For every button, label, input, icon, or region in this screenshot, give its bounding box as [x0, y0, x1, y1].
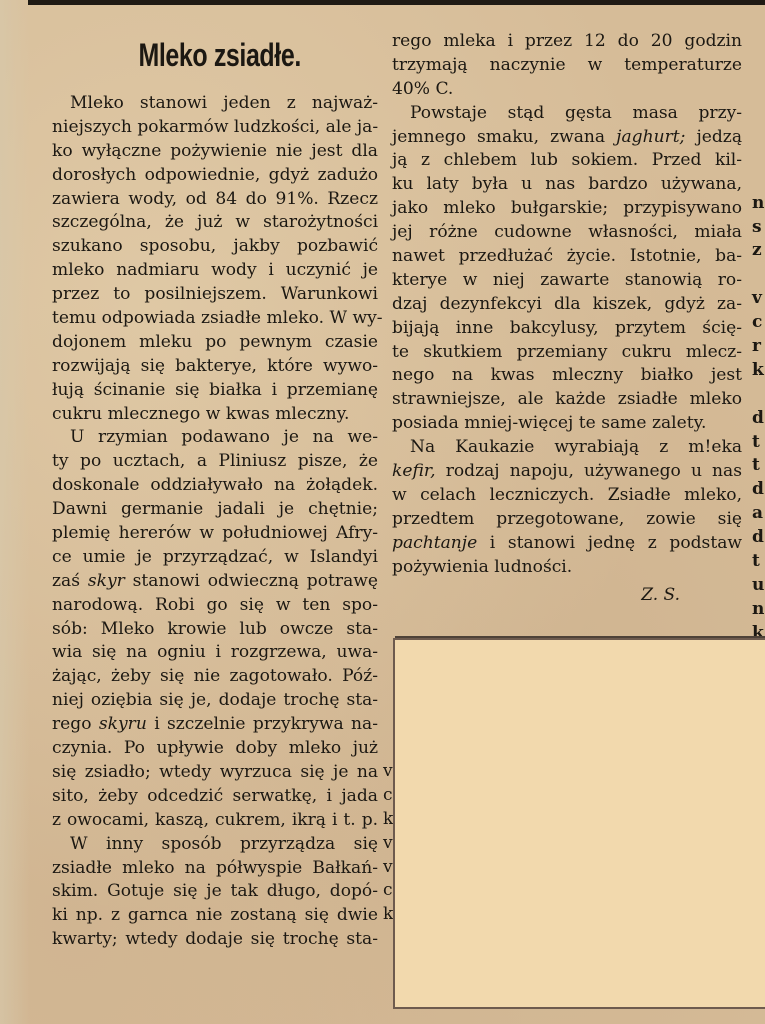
text-line: szczególna, że już w starożytności: [52, 211, 378, 235]
text-line: ko wyłączne pożywienie nie jest dla: [52, 140, 378, 164]
text-line: sito, żeby odcedzić serwatkę, i jada: [52, 785, 378, 809]
text-line: doskonale oddziaływało na żołądek.: [52, 474, 378, 498]
edge-glyph: n: [752, 598, 765, 622]
article-title: Mleko zsiadłe.: [88, 36, 342, 74]
text-line: nawet przedłużać życie. Istotnie, ba-: [392, 245, 742, 269]
edge-glyph: c: [383, 879, 393, 903]
text-line: temu odpowiada zsiadłe mleko. W wy-: [52, 307, 378, 331]
text-line: ku laty była u nas bardzo używana,: [392, 173, 742, 197]
edge-glyph: t: [752, 454, 765, 478]
text-line: zawiera wody, od 84 do 91%. Rzecz: [52, 188, 378, 212]
text-line: strawniejsze, ale każde zsiadłe mleko: [392, 388, 742, 412]
text-line: niejszych pokarmów ludzkości, ale ja-: [52, 116, 378, 140]
signature: Z. S.: [392, 585, 742, 605]
left-column-text: Mleko stanowi jeden z najważ-niejszych p…: [52, 92, 378, 952]
edge-glyph: v: [383, 832, 393, 856]
text-line: rego mleka i przez 12 do 20 godzin: [392, 30, 742, 54]
edge-glyph: [752, 168, 765, 192]
text-line: W inny sposób przyrządza się: [52, 833, 378, 857]
text-line: 40% C.: [392, 78, 742, 102]
edge-glyph: d: [752, 526, 765, 550]
text-line: z owocami, kaszą, cukrem, ikrą i t. p.: [52, 809, 378, 833]
text-line: kterye w niej zawarte stanowią ro-: [392, 269, 742, 293]
right-column-text: rego mleka i przez 12 do 20 godzintrzyma…: [392, 30, 742, 579]
edge-glyph: u: [752, 574, 765, 598]
text-line: dojonem mleku po pewnym czasie: [52, 331, 378, 355]
edge-glyph: a: [752, 502, 765, 526]
left-column: Mleko zsiadłe. Mleko stanowi jeden z naj…: [52, 36, 378, 952]
top-rule: [28, 0, 765, 5]
text-line: nego na kwas mleczny białko jest: [392, 364, 742, 388]
text-line: czynia. Po upływie doby mleko już: [52, 737, 378, 761]
text-line: dzaj dezynfekcyi dla kiszek, gdyż za-: [392, 293, 742, 317]
edge-glyph: z: [752, 239, 765, 263]
text-line: narodową. Robi go się w ten spo-: [52, 594, 378, 618]
text-line: dorosłych odpowiednie, gdyż zadużo: [52, 164, 378, 188]
text-line: te skutkiem przemiany cukru mlecz-: [392, 341, 742, 365]
text-line: przez to posilniejszem. Warunkowi: [52, 283, 378, 307]
text-line: się zsiadło; wtedy wyrzuca się je na: [52, 761, 378, 785]
text-line: trzymają naczynie w temperaturze: [392, 54, 742, 78]
edge-glyph: v: [383, 856, 393, 880]
text-line: zsiadłe mleko na półwyspie Bałkań-: [52, 857, 378, 881]
text-line: mleko nadmiaru wody i uczynić je: [52, 259, 378, 283]
text-line: posiada mniej-więcej te same zalety.: [392, 412, 742, 436]
right-column: rego mleka i przez 12 do 20 godzintrzyma…: [392, 30, 742, 605]
edge-glyph: t: [752, 550, 765, 574]
edge-glyph: [752, 263, 765, 287]
text-line: szukano sposobu, jakby pozbawić: [52, 235, 378, 259]
edge-glyph: d: [752, 478, 765, 502]
edge-glyph: n: [752, 192, 765, 216]
text-line: rego skyru i szczelnie przykrywa na-: [52, 713, 378, 737]
page-margin: [0, 0, 30, 1024]
text-line: rozwijają się bakterye, które wywo-: [52, 355, 378, 379]
edge-glyph: v: [383, 760, 393, 784]
text-line: Dawni germanie jadali je chętnie;: [52, 498, 378, 522]
edge-glyph: k: [752, 359, 765, 383]
text-line: pachtanje i stanowi jednę z podstaw: [392, 532, 742, 556]
text-line: U rzymian podawano je na we-: [52, 426, 378, 450]
text-line: plemię hererów w południowej Afry-: [52, 522, 378, 546]
text-line: ki np. z garnca nie zostaną się dwie: [52, 904, 378, 928]
text-line: zaś skyr stanowi odwieczną potrawę: [52, 570, 378, 594]
text-line: ce umie je przyrządzać, w Islandyi: [52, 546, 378, 570]
text-line: Mleko stanowi jeden z najważ-: [52, 92, 378, 116]
edge-glyph: t: [752, 431, 765, 455]
edge-glyph: d: [752, 407, 765, 431]
edge-glyph: k: [383, 808, 393, 832]
text-line: jemnego smaku, zwana jaghurt; jedzą: [392, 126, 742, 150]
text-line: wia się na ogniu i rozgrzewa, uwa-: [52, 641, 378, 665]
text-line: bijają inne bakcylusy, przytem ścię-: [392, 317, 742, 341]
text-line: sób: Mleko krowie lub owcze sta-: [52, 618, 378, 642]
text-line: kefir, rodzaj napoju, używanego u nas: [392, 460, 742, 484]
edge-glyph: c: [752, 311, 765, 335]
edge-glyph: c: [383, 784, 393, 808]
edge-glyph: s: [752, 216, 765, 240]
text-line: przedtem przegotowane, zowie się: [392, 508, 742, 532]
text-line: niej oziębia się je, dodaje trochę sta-: [52, 689, 378, 713]
text-line: pożywienia ludności.: [392, 556, 742, 580]
text-line: w celach leczniczych. Zsiadłe mleko,: [392, 484, 742, 508]
edge-glyph: k: [383, 903, 393, 927]
text-line: łują ścinanie się białka i przemianę: [52, 379, 378, 403]
blank-overlay-box: [393, 638, 765, 1009]
edge-glyph: [752, 383, 765, 407]
text-line: Na Kaukazie wyrabiają z m!eka: [392, 436, 742, 460]
edge-glyph: r: [752, 335, 765, 359]
hidden-column-fragment: vckvvck: [383, 760, 393, 927]
edge-glyph: v: [752, 287, 765, 311]
text-line: ty po ucztach, a Pliniusz pisze, że: [52, 450, 378, 474]
text-line: ją z chlebem lub sokiem. Przed kil-: [392, 149, 742, 173]
edge-glyph: [752, 120, 765, 144]
text-line: jako mleko bułgarskie; przypisywano: [392, 197, 742, 221]
text-line: kwarty; wtedy dodaje się trochę sta-: [52, 928, 378, 952]
text-line: Powstaje stąd gęsta masa przy-: [392, 102, 742, 126]
text-line: skim. Gotuje się je tak długo, dopó-: [52, 880, 378, 904]
adjacent-column-fragment: nszvcrkdttdadtunkpn: [752, 120, 765, 693]
text-line: cukru mlecznego w kwas mleczny.: [52, 403, 378, 427]
text-line: jej różne cudowne własności, miała: [392, 221, 742, 245]
edge-glyph: [752, 144, 765, 168]
text-line: żając, żeby się nie zagotowało. Póź-: [52, 665, 378, 689]
